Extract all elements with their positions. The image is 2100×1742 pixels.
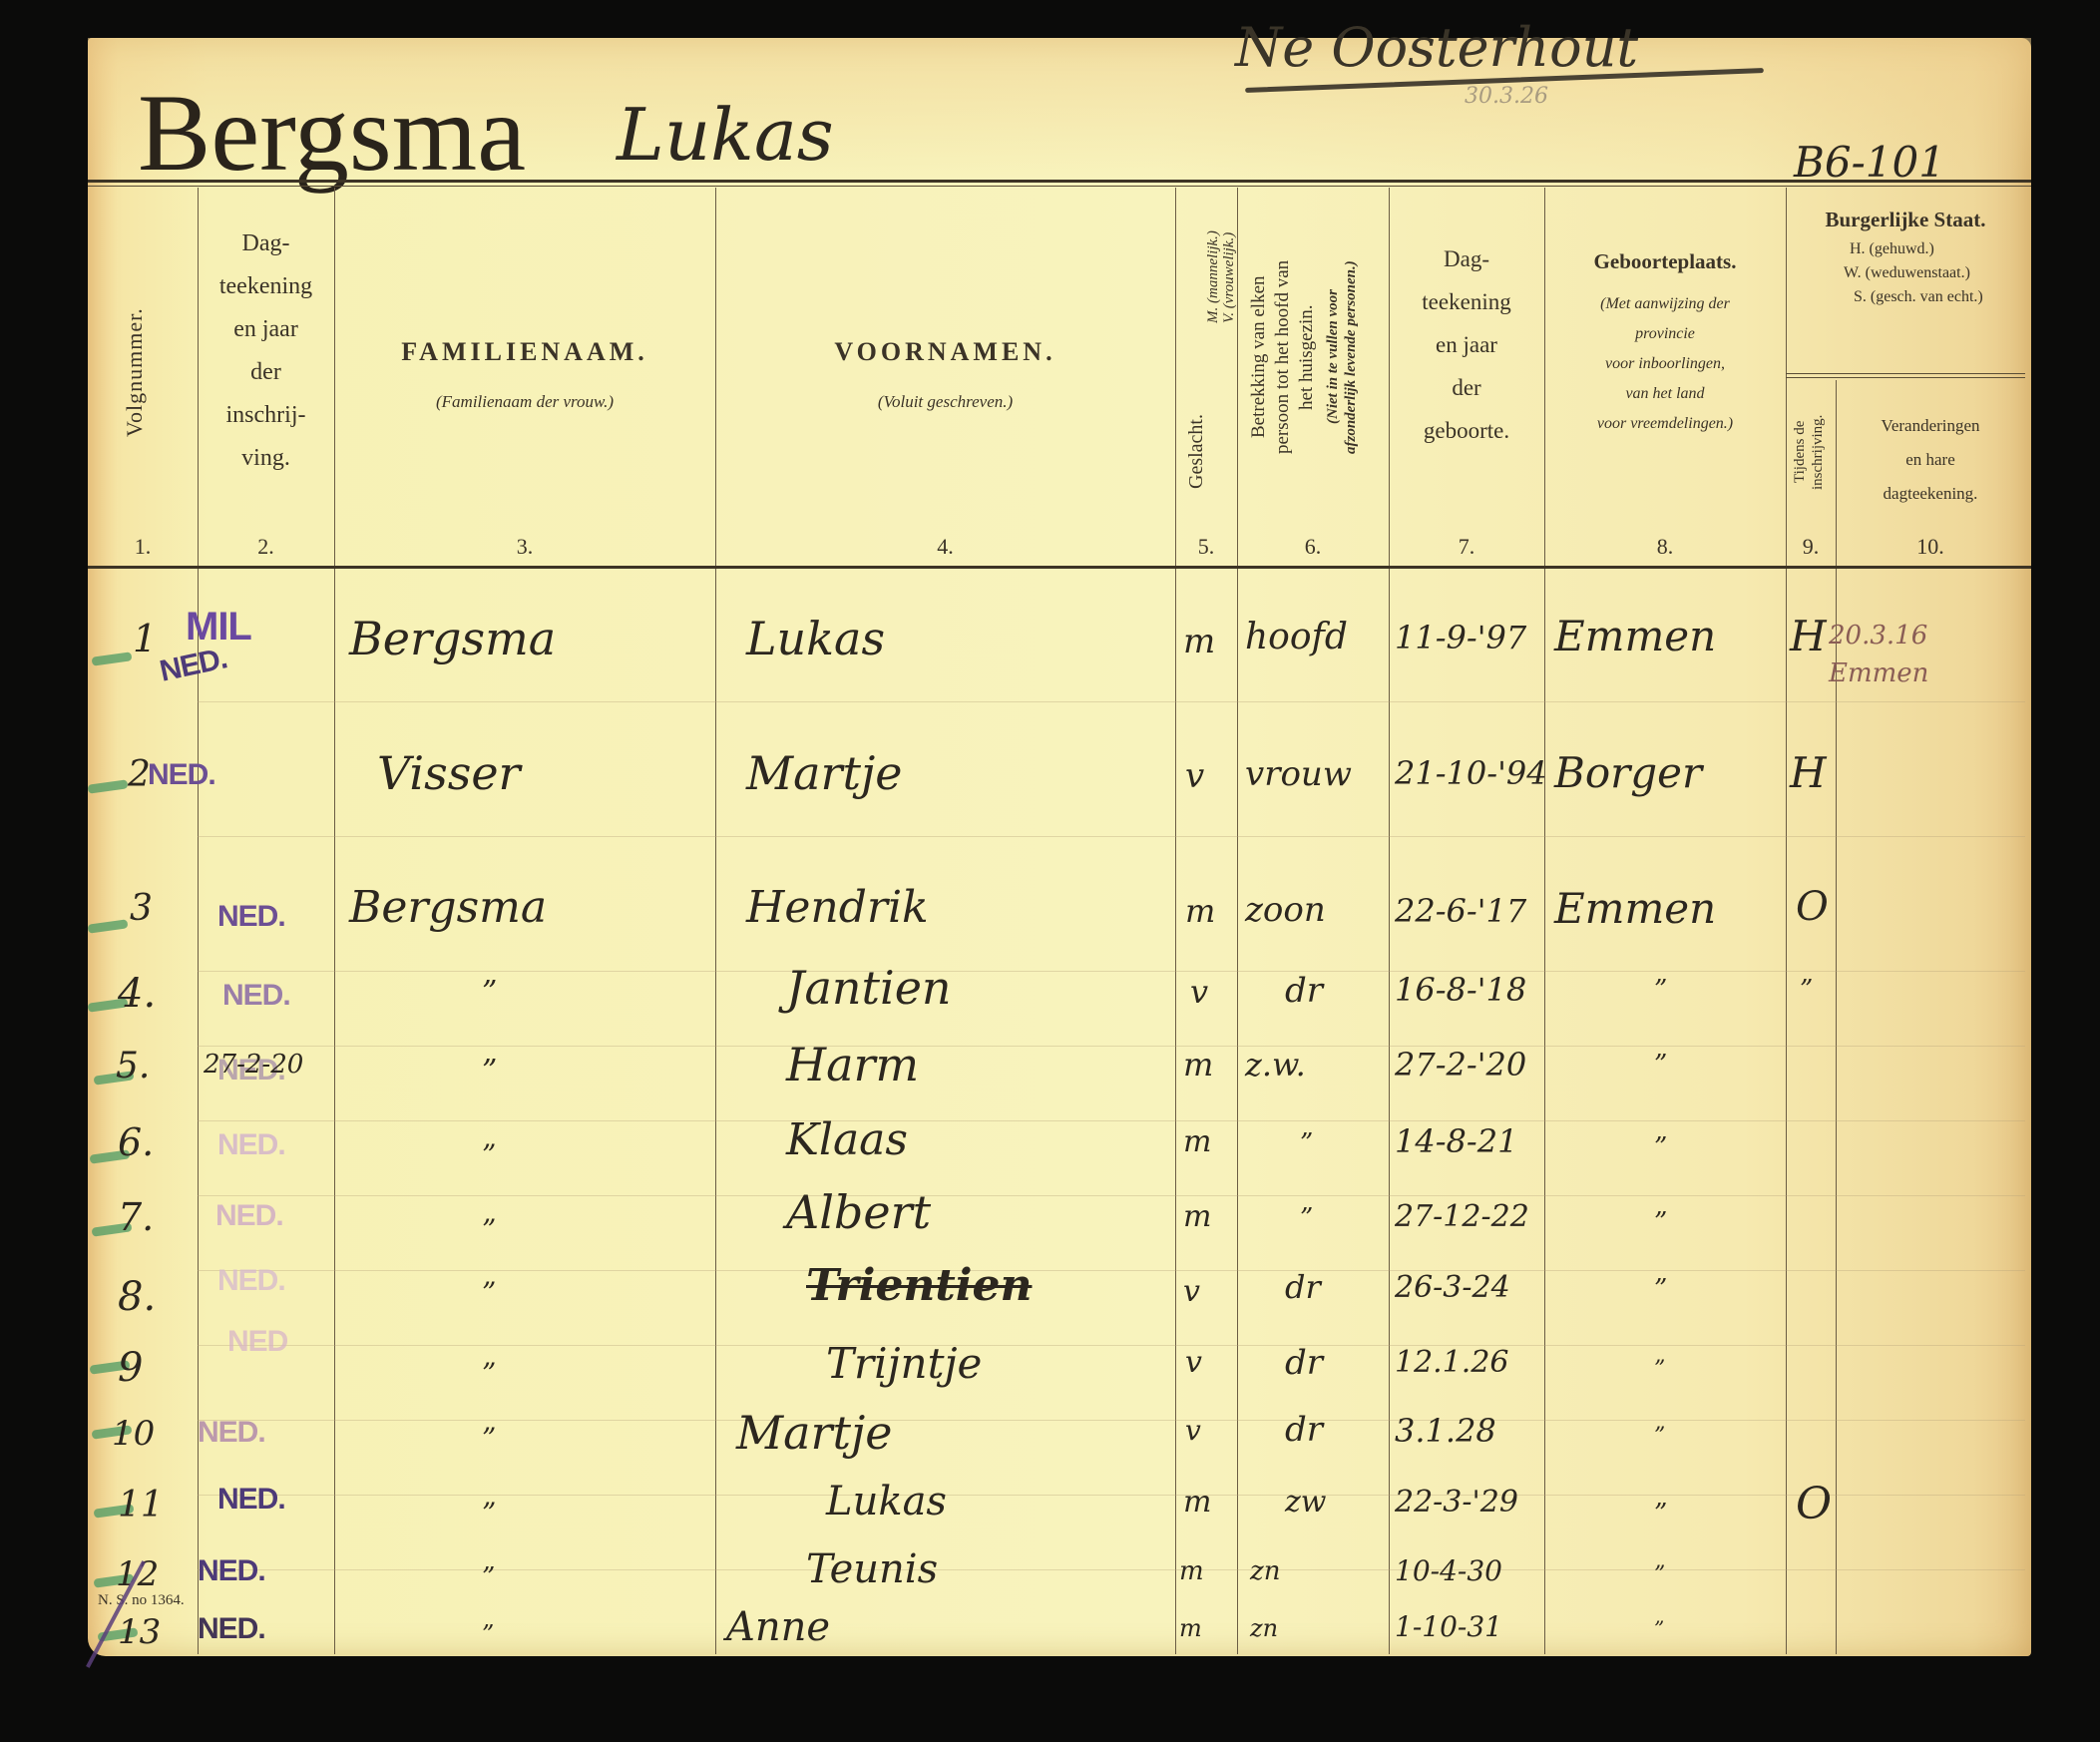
col6-note-1: (Niet in te vullen voor	[1325, 203, 1342, 512]
geboortedatum: 1-10-31	[1395, 1610, 1502, 1643]
green-check-mark	[88, 779, 129, 793]
geboortedatum: 27-12-22	[1395, 1199, 1529, 1234]
col7-line: Dag-	[1389, 237, 1544, 280]
geboorteplaats: ”	[1654, 1274, 1667, 1304]
row-number: 1	[133, 617, 157, 660]
burgerlijke-staat-legend: H. (gehuwd.) W. (weduwenstaat.) S. (gesc…	[1814, 237, 2013, 309]
surname-heading-text: Bergsma	[138, 72, 526, 194]
col8-note-line: (Met aanwijzing der	[1544, 289, 1786, 319]
col3-header: FAMILIENAAM.	[334, 337, 715, 367]
familienaam: ”	[482, 1213, 496, 1246]
familienaam: ”	[482, 1357, 496, 1390]
ruled-line	[198, 1195, 2025, 1196]
row-number: 6.	[118, 1120, 154, 1164]
ned-stamp-faded: NED.	[217, 1128, 285, 1162]
geboorteplaats: ”	[1654, 1207, 1667, 1237]
col-num-10: 10.	[1836, 534, 2025, 560]
ned-stamp: NED.	[198, 1612, 265, 1646]
geboortedatum: 12.1.26	[1395, 1345, 1509, 1380]
col6-header-1: Betrekking van elken	[1247, 203, 1270, 512]
col10-line: dagteekening.	[1836, 477, 2025, 511]
col8-note: (Met aanwijzing der provincie voor inboo…	[1544, 289, 1786, 439]
familienaam: ”	[482, 1054, 497, 1089]
ruled-line	[198, 971, 2025, 972]
geslacht: v	[1183, 1274, 1200, 1309]
header-rule-thin	[88, 186, 2031, 187]
col7-header: Dag- teekening en jaar der geboorte.	[1389, 237, 1544, 452]
col9-header-1: Tijdens de	[1792, 392, 1809, 512]
ned-stamp-faded: NED.	[198, 1416, 265, 1450]
geboorteplaats: Emmen	[1554, 612, 1716, 660]
row-number: 4.	[118, 971, 156, 1017]
row-number: 10	[112, 1414, 155, 1454]
voornamen: Klaas	[786, 1114, 908, 1165]
geboortedatum: 14-8-21	[1395, 1122, 1517, 1160]
col8-note-line: van het land	[1544, 379, 1786, 409]
burgerlijke-staat: O	[1796, 884, 1829, 930]
betrekking: dr	[1285, 1343, 1323, 1383]
ned-stamp: NED.	[222, 979, 290, 1013]
col4-subheader: (Voluit geschreven.)	[715, 392, 1175, 412]
col7-line: teekening	[1389, 280, 1544, 323]
betrekking: ”	[1300, 1128, 1313, 1158]
col9-header-2: inschrijving.	[1810, 392, 1827, 512]
geslacht: v	[1185, 756, 1204, 796]
geslacht: v	[1185, 1414, 1201, 1447]
betrekking: zw	[1285, 1485, 1326, 1520]
geboorteplaats: ”	[1654, 1616, 1664, 1640]
ruled-line	[198, 1345, 2025, 1346]
header-bottom-rule	[88, 566, 2031, 569]
legend-s: S. (gesch. van echt.)	[1814, 285, 2013, 309]
col6-note-2: afzonderlijk levende personen.)	[1343, 203, 1360, 512]
geboortedatum: 10-4-30	[1395, 1554, 1502, 1587]
green-check-mark	[88, 919, 129, 933]
ned-stamp: NED.	[217, 1483, 285, 1517]
ned-stamp: NED.	[198, 1554, 265, 1588]
ruled-line	[198, 1420, 2025, 1421]
voornamen: Anne	[726, 1604, 830, 1650]
col8-note-line: voor inboorlingen,	[1544, 349, 1786, 379]
veranderingen: 20.3.16 Emmen	[1829, 617, 1998, 692]
struck-note-top: Ne Oosterhout	[1235, 16, 1638, 79]
voornamen: Albert	[786, 1185, 931, 1239]
geboortedatum: 11-9-'97	[1395, 619, 1526, 656]
geboorteplaats: ”	[1654, 1499, 1667, 1528]
col-num-8: 8.	[1544, 534, 1786, 560]
ruled-line	[198, 1120, 2025, 1121]
row-number: 11	[118, 1485, 164, 1525]
voornamen: Jantien	[786, 961, 952, 1015]
form-number: N. S. no 1364.	[98, 1592, 185, 1609]
col5-legend-v: V. (vrouwelijk.)	[1221, 198, 1238, 357]
col-num-1: 1.	[88, 534, 198, 560]
voornamen: Martje	[736, 1406, 893, 1460]
betrekking: vrouw	[1245, 754, 1352, 794]
voornamen-struck: Trientien	[806, 1260, 1032, 1311]
familienaam: Bergsma	[349, 882, 547, 933]
col-num-5: 5.	[1175, 534, 1237, 560]
geboortedatum: 21-10-'94	[1395, 754, 1547, 792]
burgerlijke-staat: ”	[1800, 975, 1813, 1005]
familienaam: Visser	[377, 746, 521, 800]
geboortedatum: 3.1.28	[1395, 1412, 1496, 1450]
ruled-line	[198, 1495, 2025, 1496]
geboorteplaats: Emmen	[1554, 884, 1716, 933]
ruled-line	[198, 1270, 2025, 1271]
geboorteplaats: ”	[1654, 1050, 1667, 1080]
inschrijving-datum: 27-2-20	[204, 1050, 303, 1080]
geboorteplaats: ”	[1654, 1132, 1667, 1162]
geboorteplaats: ”	[1654, 1357, 1665, 1382]
geboorteplaats: ”	[1654, 975, 1667, 1005]
col-divider-8	[1786, 188, 1787, 1654]
geslacht: m	[1183, 1046, 1213, 1084]
col8-note-line: provincie	[1544, 319, 1786, 349]
staat-divider-b	[1786, 377, 2025, 378]
col-divider-4	[1175, 188, 1176, 1654]
col8-header: Geboorteplaats.	[1544, 249, 1786, 274]
burgerlijke-staat: H	[1790, 612, 1827, 660]
betrekking: zn	[1250, 1556, 1280, 1586]
ruled-line	[198, 1569, 2025, 1570]
ned-stamp: NED.	[148, 758, 215, 792]
col-divider-5	[1237, 188, 1238, 1654]
col-num-2: 2.	[198, 534, 334, 560]
betrekking: zoon	[1245, 890, 1326, 930]
green-check-mark	[92, 652, 133, 665]
geslacht: v	[1190, 973, 1208, 1011]
betrekking: ”	[1300, 1203, 1313, 1233]
legend-h: H. (gehuwd.)	[1814, 237, 2013, 261]
ruled-line	[198, 1046, 2025, 1047]
geslacht: v	[1185, 1345, 1202, 1380]
geslacht: m	[1179, 1614, 1202, 1642]
geslacht: m	[1183, 1485, 1211, 1520]
col-num-7: 7.	[1389, 534, 1544, 560]
col3-subheader: (Familienaam der vrouw.)	[334, 392, 715, 412]
voornamen: Teunis	[806, 1546, 938, 1592]
col7-line: en jaar	[1389, 323, 1544, 366]
geboortedatum: 22-6-'17	[1395, 892, 1526, 930]
col5-header: Geslacht.	[1185, 377, 1208, 527]
geslacht: m	[1183, 622, 1215, 661]
legend-w: W. (weduwenstaat.)	[1814, 261, 2013, 285]
col4-header: VOORNAMEN.	[715, 337, 1175, 367]
header-rule	[88, 180, 2031, 183]
geslacht: m	[1183, 1199, 1211, 1234]
familienaam: ”	[482, 1497, 496, 1529]
col2-line: teekening	[198, 265, 334, 308]
col5-legend-m: M. (mannelijk.)	[1205, 198, 1222, 357]
betrekking: dr	[1285, 1268, 1321, 1306]
ruled-line	[198, 701, 2025, 702]
col8-note-line: voor vreemdelingen.)	[1544, 409, 1786, 439]
col10-line: en hare	[1836, 443, 2025, 477]
col6-header-2: persoon tot het hoofd van	[1271, 203, 1294, 512]
geslacht: m	[1179, 1556, 1204, 1586]
betrekking: zn	[1250, 1614, 1278, 1642]
col2-header: Dag- teekening en jaar der inschrij- vin…	[198, 222, 334, 480]
population-register-card: Bergsma Lukas Ne Oosterhout 30.3.26 B6-1…	[88, 38, 2031, 1656]
geboorteplaats: ”	[1654, 1562, 1665, 1587]
col10-header: Veranderingen en hare dagteekening.	[1836, 409, 2025, 511]
firstname-heading: Lukas	[617, 93, 834, 177]
col-num-4: 4.	[715, 534, 1175, 560]
familienaam: ”	[482, 975, 497, 1010]
col-num-9: 9.	[1786, 534, 1836, 560]
familienaam: ”	[482, 1562, 495, 1592]
col1-header: Volgnummer.	[122, 267, 148, 477]
voornamen: Martje	[746, 746, 903, 800]
geboortedatum: 26-3-24	[1395, 1270, 1510, 1305]
col2-line: Dag-	[198, 222, 334, 265]
burgerlijke-staat: H	[1790, 748, 1827, 797]
voornamen: Lukas	[746, 612, 885, 665]
staat-divider-a	[1786, 373, 2025, 374]
voornamen: Harm	[786, 1038, 919, 1091]
col10-line: Veranderingen	[1836, 409, 2025, 443]
geslacht: m	[1183, 1124, 1211, 1159]
geboorteplaats: Borger	[1554, 748, 1702, 797]
betrekking: hoofd	[1245, 617, 1348, 657]
faint-note: 30.3.26	[1465, 84, 1548, 109]
col2-line: en jaar	[198, 308, 334, 351]
geboortedatum: 16-8-'18	[1395, 971, 1526, 1009]
betrekking: dr	[1285, 971, 1323, 1011]
voornamen: Hendrik	[746, 882, 929, 933]
col7-line: geboorte.	[1389, 409, 1544, 452]
familienaam: Bergsma	[349, 612, 556, 665]
col-num-3: 3.	[334, 534, 715, 560]
betrekking: z.w.	[1245, 1046, 1306, 1084]
col7-line: der	[1389, 366, 1544, 409]
col2-line: der	[198, 351, 334, 394]
ned-stamp-faded: NED.	[217, 1264, 285, 1298]
row-number: 5.	[116, 1046, 150, 1087]
burgerlijke-staat-header: Burgerlijke Staat.	[1786, 208, 2025, 232]
row-number: 13	[118, 1612, 161, 1652]
ned-stamp: NED.	[217, 900, 285, 934]
row-number: 7.	[118, 1195, 154, 1239]
col-divider-9	[1836, 380, 1837, 1654]
col2-line: inschrij-	[198, 394, 334, 437]
row-number: 8.	[118, 1274, 156, 1320]
betrekking: dr	[1285, 1410, 1323, 1450]
col-num-6: 6.	[1237, 534, 1389, 560]
ned-stamp-faded: NED.	[215, 1199, 283, 1233]
familienaam: ”	[482, 1620, 494, 1648]
voornamen: Lukas	[826, 1479, 947, 1524]
surname-heading: Bergsma	[138, 78, 526, 188]
row-number: 3	[130, 888, 153, 929]
familienaam: ”	[482, 1138, 496, 1171]
burgerlijke-staat: O	[1796, 1479, 1832, 1529]
voornamen: Trijntje	[826, 1339, 982, 1388]
geboorteplaats: ”	[1654, 1424, 1665, 1449]
ned-stamp: NED.	[157, 642, 229, 688]
row-number: 9	[118, 1345, 143, 1391]
col2-line: ving.	[198, 437, 334, 480]
geslacht: m	[1185, 892, 1215, 930]
col6-header-3: het huisgezin.	[1295, 203, 1318, 512]
familienaam: ”	[482, 1422, 496, 1455]
ruled-line	[198, 836, 2025, 837]
familienaam: ”	[482, 1276, 496, 1309]
ned-stamp-faded: NED	[227, 1325, 287, 1359]
geboortedatum: 27-2-'20	[1395, 1046, 1526, 1084]
geboortedatum: 22-3-'29	[1395, 1485, 1518, 1520]
